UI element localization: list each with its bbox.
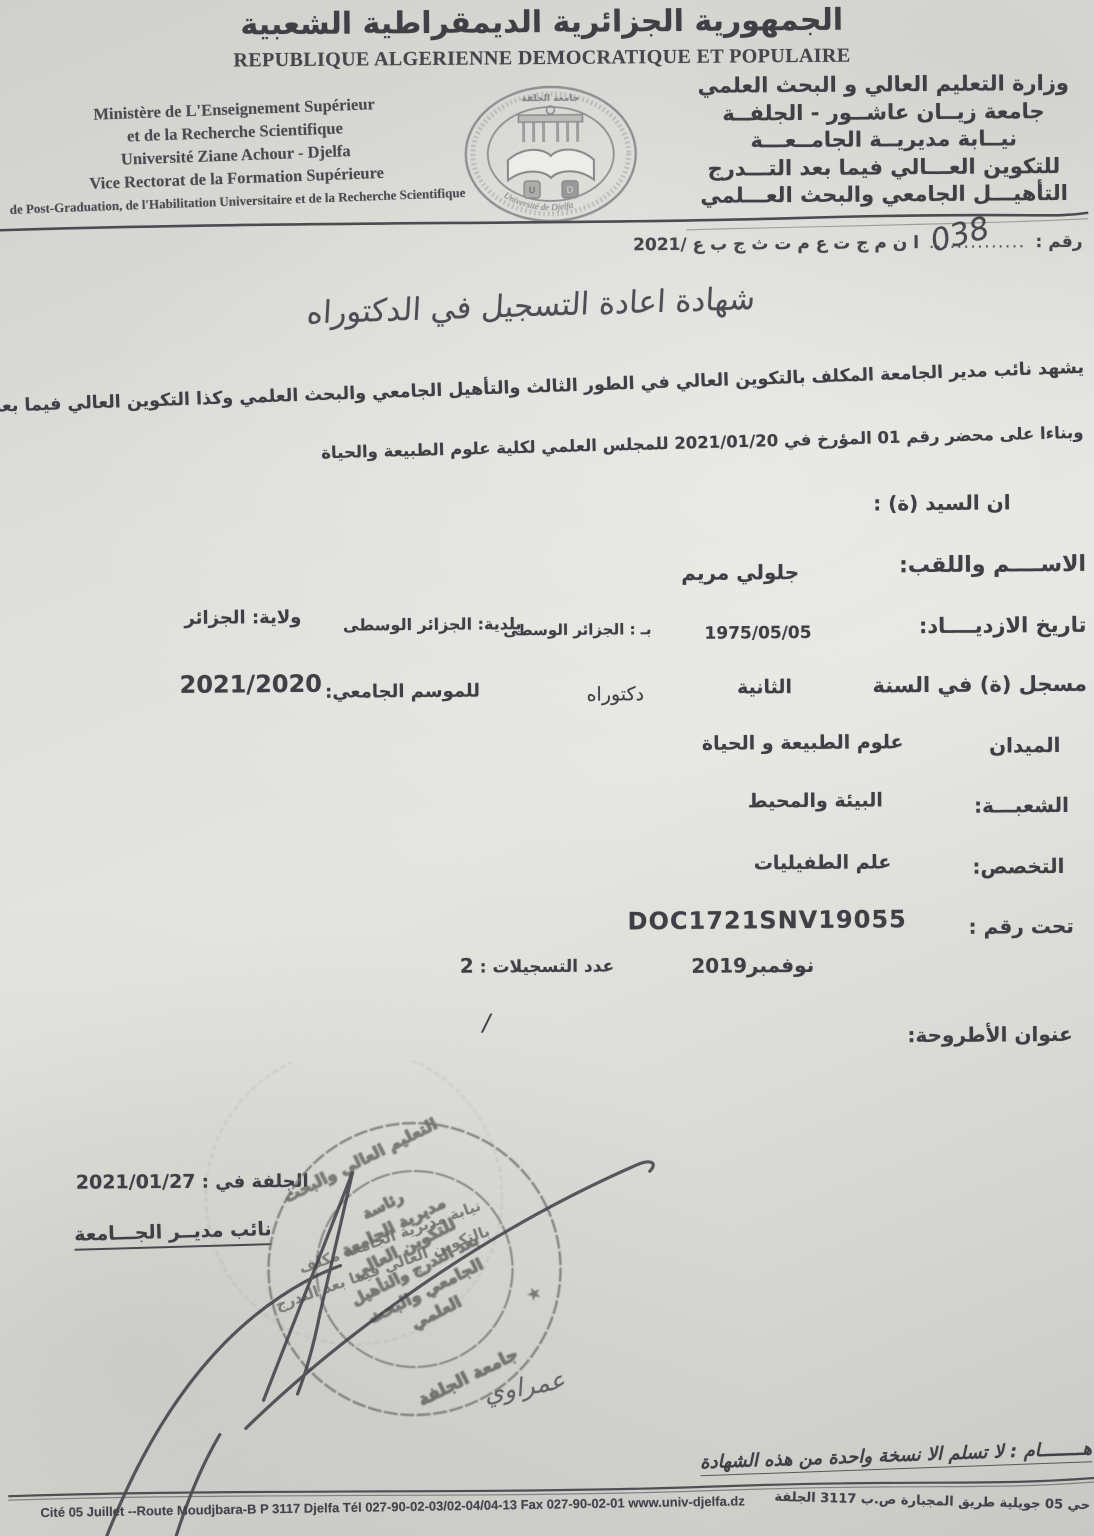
academic-season-label: للموسم الجامعي: bbox=[325, 681, 480, 703]
seal-open-book-icon bbox=[508, 149, 594, 180]
ministry-ar-line: وزارة التعليم العالي و البحث العلمي bbox=[677, 70, 1089, 101]
document-title: شهادة اعادة التسجيل في الدكتوراه bbox=[0, 271, 1066, 342]
stamp-star: ٭ bbox=[523, 1280, 545, 1308]
scanned-certificate-page: الجمهورية الجزائرية الديمقراطية الشعبية … bbox=[0, 0, 1094, 1536]
domain-value: علوم الطبيعة و الحياة bbox=[702, 731, 904, 755]
birthplace-value: بـ : الجزائر الوسطى bbox=[503, 620, 651, 639]
registered-label: مسجل (ة) في السنة bbox=[872, 672, 1087, 698]
ministry-ar-line: جامعة زيــان عاشــور - الجلفــة bbox=[677, 97, 1089, 128]
thesis-title-label: عنوان الأطروحة: bbox=[907, 1022, 1072, 1047]
that-person-line: ان السيد (ة) : bbox=[873, 490, 1011, 515]
registration-count-label: عدد التسجيلات : bbox=[480, 956, 615, 977]
seal-shield-letter: D bbox=[567, 186, 574, 196]
birthdate-label: تاريخ الازديــــاد: bbox=[919, 613, 1087, 638]
first-registration-value: نوفمبر2019 bbox=[691, 953, 814, 978]
university-seal: U D جامعة الجلفة Université de Djelfa bbox=[461, 79, 640, 230]
branch-value: البيئة والمحيط bbox=[748, 789, 883, 812]
wilaya-value: ولاية: الجزائر bbox=[184, 607, 301, 629]
domain-label: الميدان bbox=[989, 733, 1061, 758]
registration-number-value: DOC1721SNV19055 bbox=[628, 905, 907, 935]
document-content: الجمهورية الجزائرية الديمقراطية الشعبية … bbox=[0, 0, 1094, 1536]
thesis-title-value: / bbox=[483, 1010, 491, 1036]
branch-label: الشعبـــة: bbox=[974, 793, 1069, 818]
specialty-value: علم الطفيليات bbox=[754, 851, 892, 874]
certify-paragraph-line: يشهد نائب مدير الجامعة المكلف بالتكوين ا… bbox=[0, 358, 1084, 420]
registration-count-line: عدد التسجيلات : 2 bbox=[460, 952, 614, 977]
registration-count-value: 2 bbox=[460, 954, 474, 978]
seal-top-caption: جامعة الجلفة bbox=[521, 94, 579, 104]
seal-building-icon bbox=[518, 106, 582, 143]
place-date-value: 2021/01/27 bbox=[76, 1171, 196, 1194]
ministry-ar-line: للتكوين العـــالي فيما بعد التـــدرج bbox=[678, 152, 1090, 183]
reference-code: ا ن م ج ت ع م ت ث ج ب ع /2021 bbox=[633, 233, 919, 255]
registration-year-value: الثانية bbox=[737, 676, 792, 698]
ministry-block-arabic: وزارة التعليم العالي و البحث العلمي جامع… bbox=[677, 70, 1090, 211]
seal-laurel-ring bbox=[472, 93, 629, 214]
degree-value: دكتوراه bbox=[586, 683, 644, 705]
ministry-ar-line: نيــابة مديريــة الجامــعـــة bbox=[678, 125, 1090, 156]
specialty-label: التخصص: bbox=[972, 854, 1064, 879]
registration-number-label: تحت رقم : bbox=[968, 914, 1073, 939]
birthdate-value: 1975/05/05 bbox=[704, 623, 811, 644]
name-value: جلولي مريم bbox=[681, 560, 799, 585]
reference-dotted-leader: .............. 038 bbox=[925, 232, 1030, 253]
official-round-stamp: التعليم العالي والبحث جامعة الجلفة ٭ رئا… bbox=[203, 1059, 626, 1482]
minutes-paragraph-line: وبناءا على محضر رقم 01 المؤرخ في 2021/01… bbox=[321, 423, 1084, 463]
seal-shields: U D bbox=[524, 181, 578, 198]
republic-title-french: REPUBLIQUE ALGERIENNE DEMOCRATIQUE ET PO… bbox=[0, 43, 1089, 75]
reference-label: رقم : bbox=[1035, 232, 1082, 252]
reference-number-line: رقم : .............. 038 ا ن م ج ت ع م ت… bbox=[633, 232, 1083, 256]
academic-season-value: 2021/2020 bbox=[179, 670, 322, 699]
ministry-block-french: Ministère de L'Enseignement Supérieur et… bbox=[0, 88, 490, 222]
municipality-value: بلدية: الجزائر الوسطى bbox=[343, 614, 522, 634]
republic-title-arabic: الجمهورية الجزائرية الديمقراطية الشعبية bbox=[0, 1, 1089, 45]
name-label: الاســــم واللقب: bbox=[899, 552, 1086, 578]
stamp-ring-top-text: التعليم العالي والبحث bbox=[281, 1114, 441, 1207]
seal-shield-letter: U bbox=[529, 186, 536, 196]
